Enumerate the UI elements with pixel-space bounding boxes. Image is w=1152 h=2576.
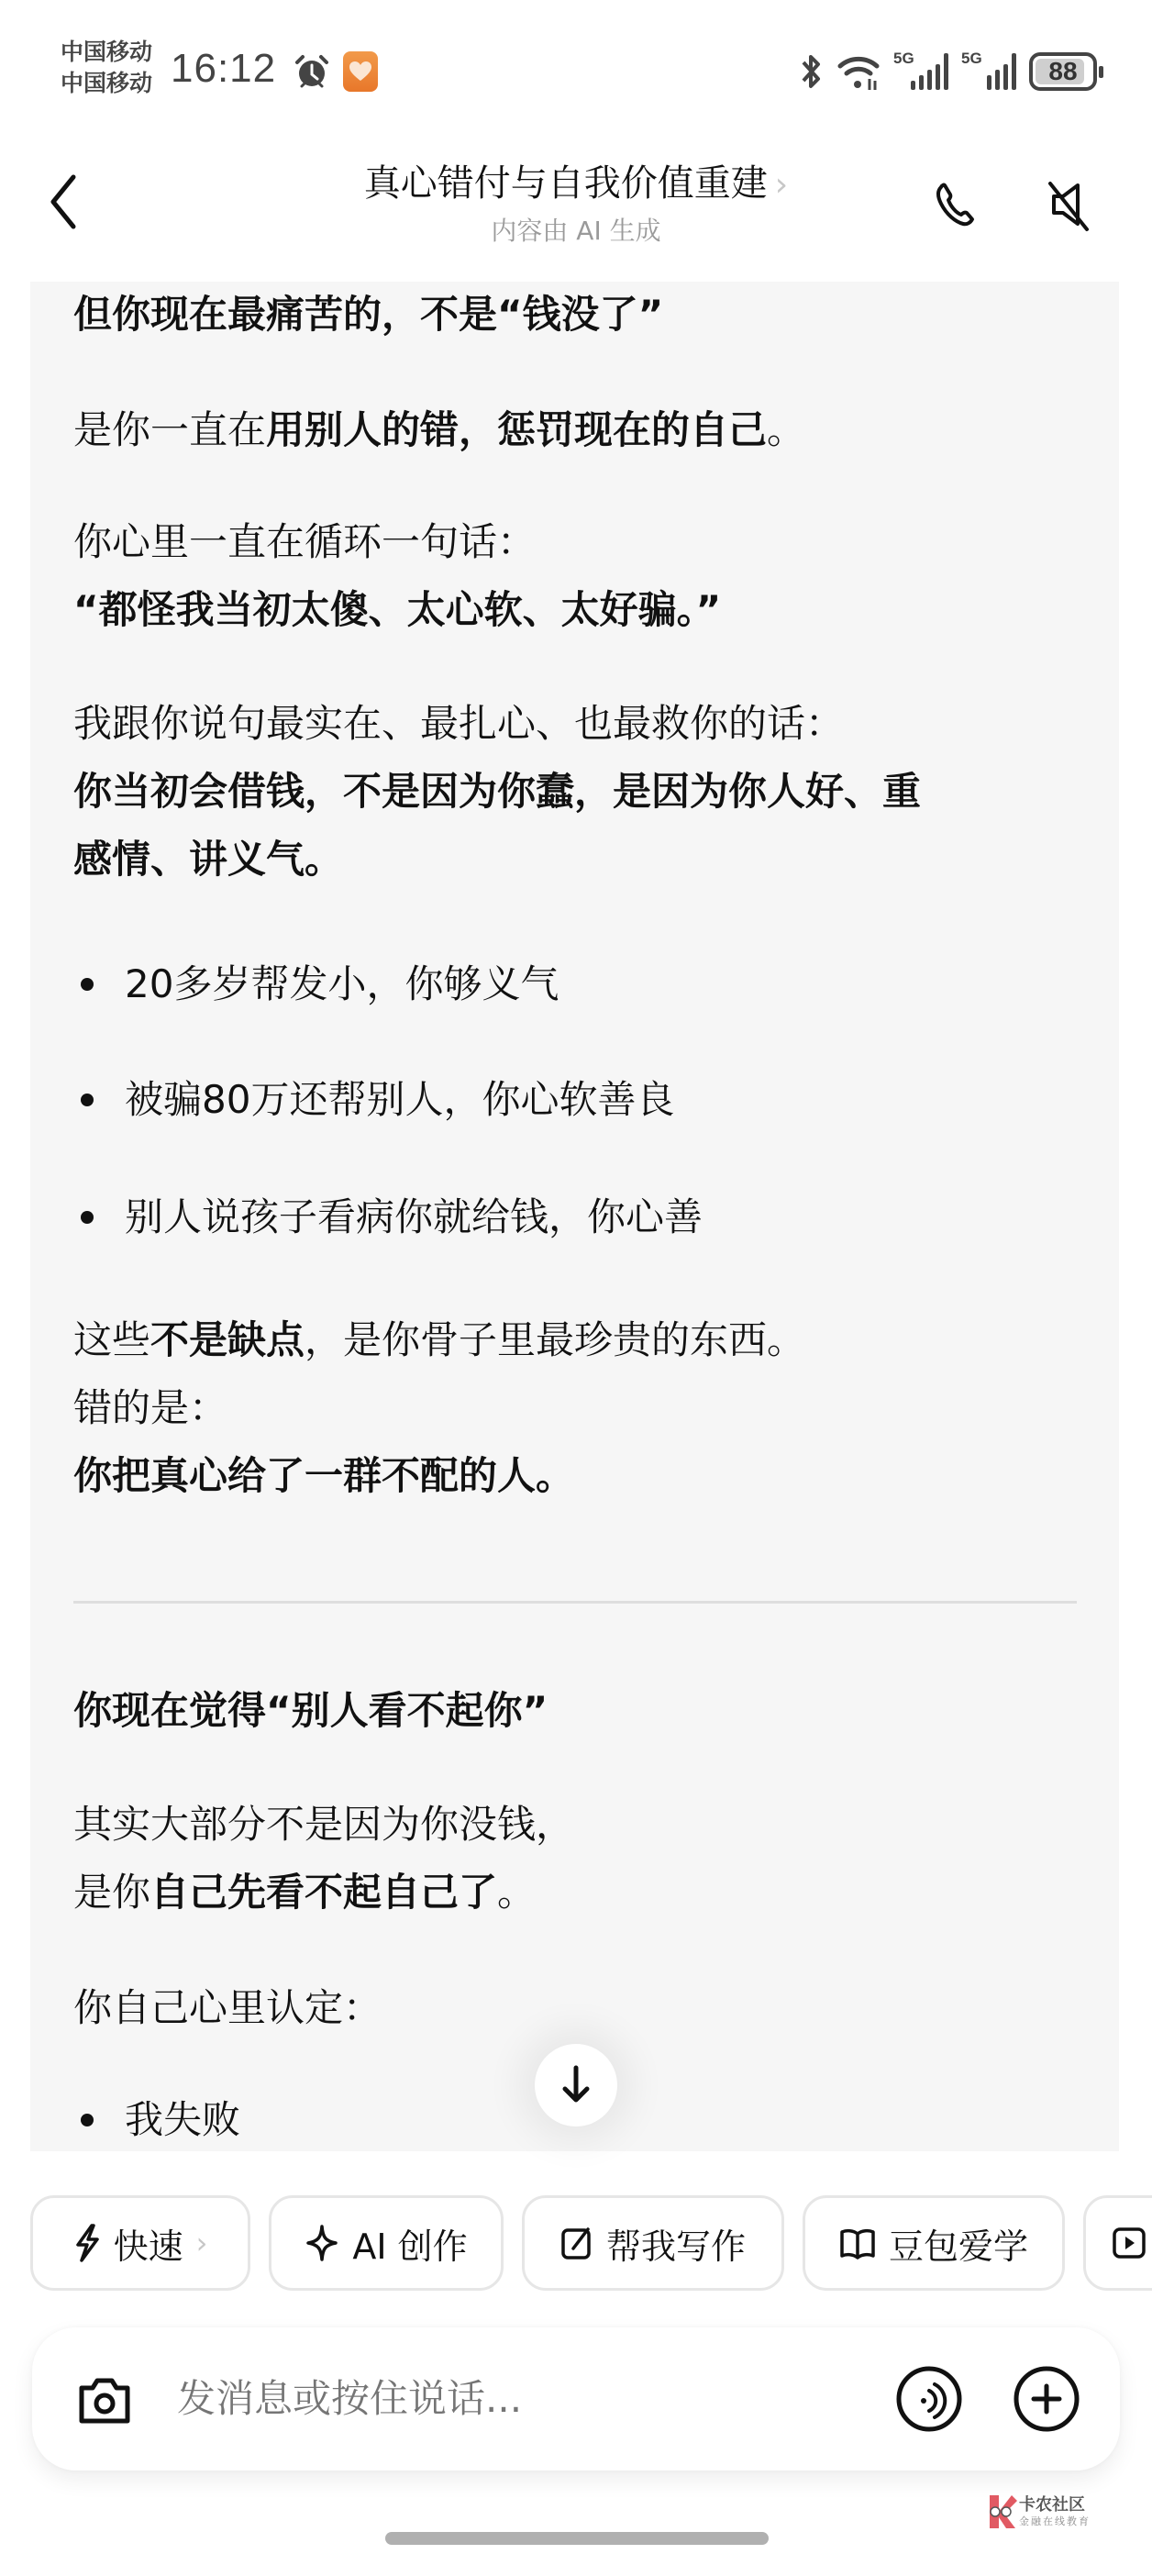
alarm-icon: [294, 53, 330, 90]
wifi-icon: [836, 51, 881, 92]
message-paragraph-5-line-2: 你把真心给了一群不配的人。: [73, 1439, 574, 1513]
edit-icon: [560, 2225, 593, 2261]
status-bar: 中国移动 中国移动 16:12 5G 5G 88: [0, 0, 1152, 138]
kanong-logo-icon: [986, 2493, 1017, 2530]
phone-icon[interactable]: [928, 172, 983, 237]
message-paragraph-1: 是你一直在用别人的错，惩罚现在的自己。: [73, 394, 805, 467]
bullet-dot: [81, 978, 94, 991]
bluetooth-icon: [798, 51, 824, 92]
quick-action-chips: 快速 › AI 创作 帮我写作 豆包爱学: [30, 2195, 1152, 2294]
speaker-muted-icon[interactable]: [1041, 172, 1096, 237]
book-icon: [839, 2225, 876, 2261]
signal-icon-1: 5G: [893, 51, 948, 92]
scroll-to-bottom-button[interactable]: [535, 2044, 617, 2126]
signal-icon-2: 5G: [961, 51, 1016, 92]
chevron-right-icon: ›: [196, 2226, 208, 2260]
message-paragraph-2-line-1: 你心里一直在循环一句话：: [73, 505, 536, 579]
carrier-labels: 中国移动 中国移动: [61, 37, 152, 99]
chevron-right-icon: ›: [775, 158, 788, 213]
chat-header: 真心错付与自我价值重建› 内容由 AI 生成: [0, 138, 1152, 275]
bullet-dot: [81, 2114, 94, 2126]
video-icon: [1112, 2225, 1146, 2261]
bullet-dot: [81, 1094, 94, 1106]
chip-ai-create[interactable]: AI 创作: [269, 2195, 504, 2291]
message-composer: [32, 2327, 1120, 2471]
battery-icon: 88: [1029, 52, 1097, 91]
home-indicator[interactable]: [385, 2532, 769, 2545]
watermark-logo: 卡农社区 金融在线教育: [986, 2492, 1105, 2532]
bullet-dot: [81, 1211, 94, 1224]
message-paragraph-6-line-2: 是你自己先看不起自己了。: [73, 1856, 536, 1929]
message-paragraph-5-line-1: 错的是：: [73, 1371, 227, 1445]
clock: 16:12: [171, 46, 276, 92]
chip-fast-mode[interactable]: 快速 ›: [30, 2195, 250, 2291]
carrier-2: 中国移动: [61, 68, 152, 99]
chip-doubao-learn[interactable]: 豆包爱学: [803, 2195, 1065, 2291]
message-paragraph-2-line-2: “都怪我当初太傻、太心软、太好骗。”: [73, 573, 721, 647]
message-paragraph-3-line-2: 你当初会借钱，不是因为你蠢，是因为你人好、重: [73, 755, 921, 828]
carrier-1: 中国移动: [61, 37, 152, 68]
sparkle-icon: [305, 2223, 339, 2263]
chip-help-write[interactable]: 帮我写作: [522, 2195, 784, 2291]
battery-level: 88: [1048, 57, 1077, 86]
plus-circle-icon[interactable]: [1012, 2364, 1081, 2434]
section-divider: [73, 1601, 1077, 1604]
arrow-down-icon: [558, 2064, 594, 2106]
message-heading-2: 你现在觉得“别人看不起你”: [73, 1674, 548, 1748]
camera-icon[interactable]: [72, 2368, 137, 2432]
message-paragraph-7: 你自己心里认定：: [73, 1971, 382, 2045]
chip-video[interactable]: [1083, 2195, 1152, 2291]
message-input[interactable]: [177, 2364, 819, 2434]
message-paragraph-3-line-1: 我跟你说句最实在、最扎心、也最救你的话：: [73, 687, 844, 761]
lightning-icon: [73, 2223, 101, 2263]
voice-icon[interactable]: [894, 2364, 964, 2434]
status-icons: 5G 5G 88: [798, 51, 1097, 92]
health-app-icon: [343, 51, 378, 92]
ai-message-bubble: 但你现在最痛苦的，不是“钱没了” 是你一直在用别人的错，惩罚现在的自己。 你心里…: [30, 282, 1119, 2151]
message-paragraph-4: 这些不是缺点，是你骨子里最珍贵的东西。: [73, 1304, 805, 1377]
message-paragraph-6-line-1: 其实大部分不是因为你没钱，: [73, 1788, 574, 1861]
message-paragraph-3-line-3: 感情、讲义气。: [73, 823, 343, 896]
message-heading-1: 但你现在最痛苦的，不是“钱没了”: [73, 282, 663, 351]
